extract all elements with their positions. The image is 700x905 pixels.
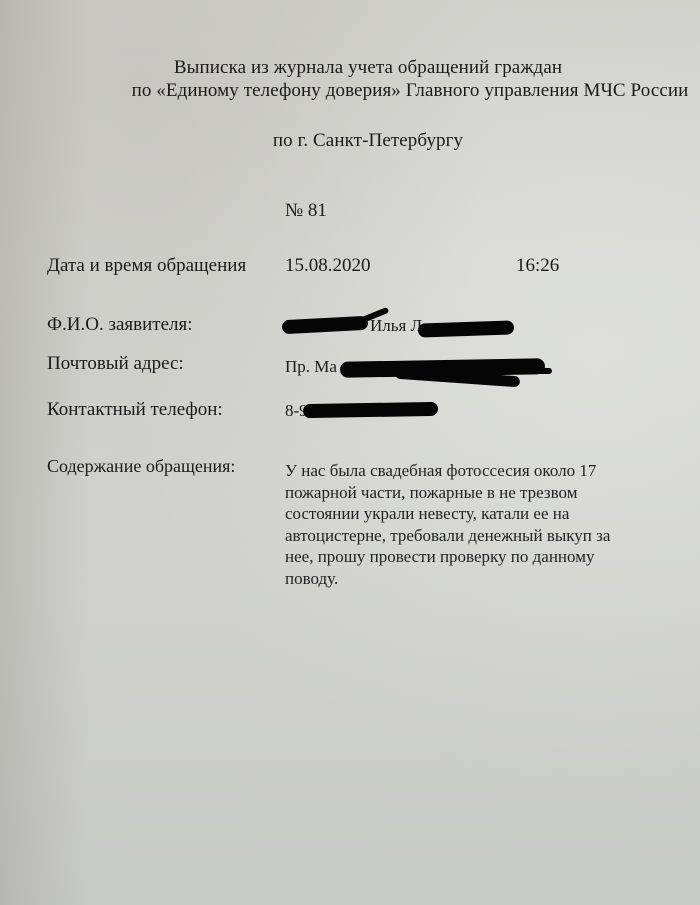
content-line: пожарной части, пожарные в не трезвом [285, 482, 645, 504]
address-label: Почтовый адрес: [47, 353, 184, 375]
fio-redaction-right [418, 320, 514, 337]
date-value: 15.08.2020 [285, 255, 371, 277]
fio-label: Ф.И.О. заявителя: [47, 314, 193, 336]
content-text: У нас была свадебная фотоссесия около 17… [285, 460, 645, 589]
content-line: состоянии украли невесту, катали ее на [285, 503, 645, 525]
document-title-line-1: Выписка из журнала учета обращений гражд… [18, 57, 700, 79]
time-value: 16:26 [516, 255, 559, 277]
content-line: автоцистерне, требовали денежный выкуп з… [285, 525, 645, 547]
datetime-label: Дата и время обращения [47, 255, 246, 277]
fio-value: Илья Л [370, 316, 422, 336]
content-line: поводу. [285, 568, 645, 590]
address-value: Пр. Ма [285, 357, 337, 377]
document-page: Выписка из журнала учета обращений гражд… [0, 0, 700, 905]
address-redaction-tail [520, 368, 552, 374]
content-line: У нас была свадебная фотоссесия около 17 [285, 460, 645, 482]
document-title-line-2: по «Единому телефону доверия» Главного у… [60, 80, 700, 102]
phone-label: Контактный телефон: [47, 399, 223, 421]
phone-redaction [303, 402, 438, 418]
document-title-line-3: по г. Санкт-Петербургу [18, 130, 700, 152]
content-line: нее, прошу провести проверку по данному [285, 546, 645, 568]
content-label: Содержание обращения: [47, 456, 235, 477]
record-number: № 81 [285, 200, 327, 222]
